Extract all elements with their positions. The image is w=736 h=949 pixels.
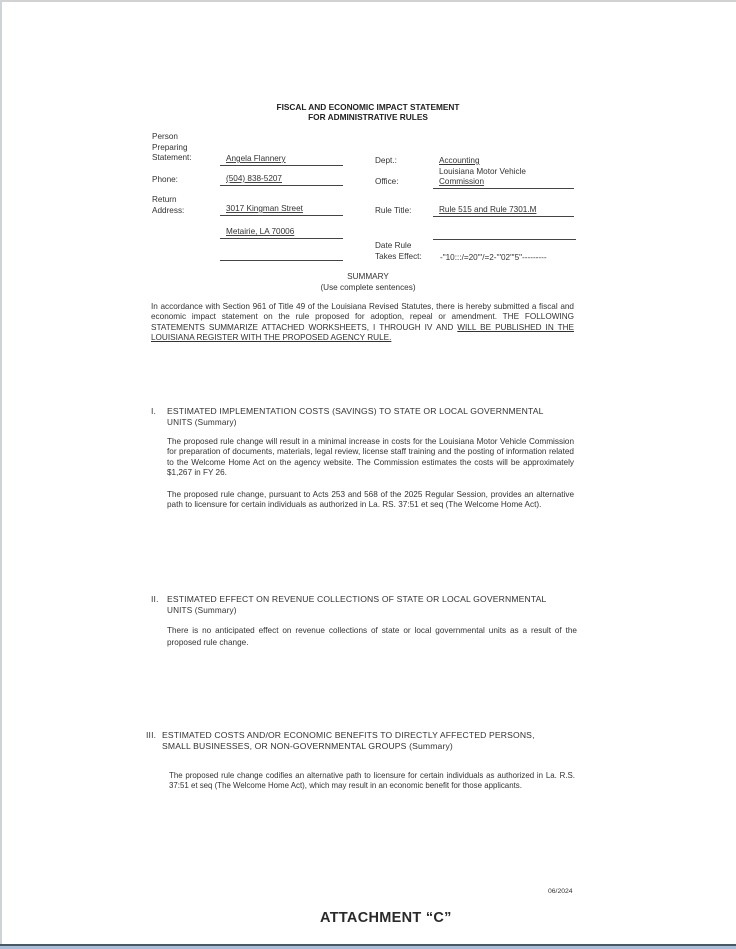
phone-field: (504) 838-5207 bbox=[220, 174, 343, 186]
dept-label: Dept.: bbox=[375, 156, 397, 167]
phone-label: Phone: bbox=[152, 175, 178, 186]
person-label-line3: Statement: bbox=[152, 153, 192, 164]
rule-title-field: Rule 515 and Rule 7301.M bbox=[433, 205, 574, 217]
summary-subheading: (Use complete sentences) bbox=[0, 283, 736, 292]
office-value-line2: Commission bbox=[433, 177, 484, 186]
address-line1-field: 3017 Kingman Street bbox=[220, 204, 343, 216]
section-1-paragraph-1: The proposed rule change will result in … bbox=[167, 437, 574, 479]
date-rule-label-line1: Date Rule bbox=[375, 241, 422, 252]
rule-title-value: Rule 515 and Rule 7301.M bbox=[433, 205, 536, 214]
section-3-heading: ESTIMATED COSTS AND/OR ECONOMIC BENEFITS… bbox=[162, 730, 582, 752]
address-line2-value: Metairie, LA 70006 bbox=[220, 227, 294, 236]
rule-title-line2-field bbox=[433, 228, 576, 240]
person-preparing-field: Angela Flannery bbox=[220, 154, 343, 166]
page-border-left bbox=[0, 0, 2, 945]
person-preparing-value: Angela Flannery bbox=[220, 154, 286, 163]
section-2-numeral: II. bbox=[151, 594, 159, 605]
office-label: Office: bbox=[375, 177, 399, 188]
intro-paragraph: In accordance with Section 961 of Title … bbox=[151, 302, 574, 344]
address-line3-value bbox=[220, 249, 226, 258]
attachment-label: ATTACHMENT “C” bbox=[320, 910, 452, 926]
page-border-top bbox=[0, 0, 736, 2]
address-line3-field bbox=[220, 249, 343, 261]
form-revision-date: 06/2024 bbox=[548, 888, 573, 895]
rule-title-line2-value bbox=[433, 228, 439, 237]
date-rule-label: Date Rule Takes Effect: bbox=[375, 241, 422, 262]
section-2-heading: ESTIMATED EFFECT ON REVENUE COLLECTIONS … bbox=[167, 594, 587, 616]
section-2-paragraph-1: There is no anticipated effect on revenu… bbox=[167, 625, 577, 649]
document-subtitle: FOR ADMINISTRATIVE RULES bbox=[0, 112, 736, 122]
address-line2-field: Metairie, LA 70006 bbox=[220, 227, 343, 239]
date-rule-value: -"10:::/=20"'/=2-'"02"'5"--------- bbox=[440, 253, 547, 262]
section-1-numeral: I. bbox=[151, 406, 156, 417]
summary-heading: SUMMARY bbox=[0, 272, 736, 281]
person-preparing-label: Person Preparing Statement: bbox=[152, 132, 192, 164]
phone-value: (504) 838-5207 bbox=[220, 174, 282, 183]
section-2-heading-line1: ESTIMATED EFFECT ON REVENUE COLLECTIONS … bbox=[167, 594, 587, 605]
return-address-label: Return Address: bbox=[152, 195, 184, 216]
office-value-line1: Louisiana Motor Vehicle bbox=[439, 167, 526, 176]
section-1-heading-line2: UNITS (Summary) bbox=[167, 417, 587, 428]
rule-title-label: Rule Title: bbox=[375, 206, 411, 217]
person-label-line1: Person bbox=[152, 132, 192, 143]
return-label-line1: Return bbox=[152, 195, 184, 206]
office-field: Commission bbox=[433, 177, 574, 189]
section-3-heading-line1: ESTIMATED COSTS AND/OR ECONOMIC BENEFITS… bbox=[162, 730, 582, 741]
document-title: FISCAL AND ECONOMIC IMPACT STATEMENT bbox=[0, 102, 736, 112]
return-label-line2: Address: bbox=[152, 206, 184, 217]
address-line1-value: 3017 Kingman Street bbox=[220, 204, 303, 213]
date-rule-label-line2: Takes Effect: bbox=[375, 252, 422, 263]
section-3-numeral: III. bbox=[146, 730, 156, 741]
section-1-heading-line1: ESTIMATED IMPLEMENTATION COSTS (SAVINGS)… bbox=[167, 406, 587, 417]
section-2-heading-line2: UNITS (Summary) bbox=[167, 605, 587, 616]
dept-value: Accounting bbox=[439, 156, 480, 165]
person-label-line2: Preparing bbox=[152, 143, 192, 154]
section-3-paragraph-1: The proposed rule change codifies an alt… bbox=[169, 771, 575, 792]
section-3-heading-line2: SMALL BUSINESSES, OR NON-GOVERNMENTAL GR… bbox=[162, 741, 582, 752]
section-1-paragraph-2: The proposed rule change, pursuant to Ac… bbox=[167, 490, 574, 511]
section-1-heading: ESTIMATED IMPLEMENTATION COSTS (SAVINGS)… bbox=[167, 406, 587, 428]
